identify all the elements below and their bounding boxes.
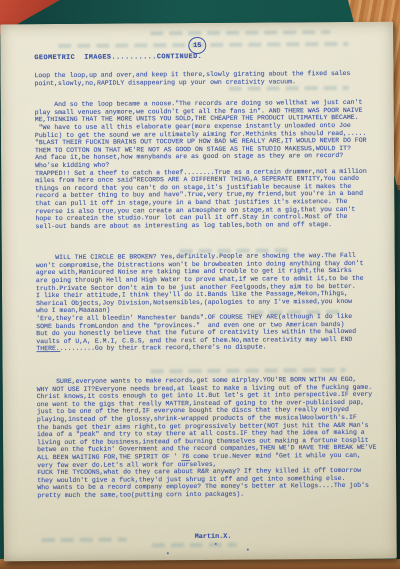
paragraph-sure: SURE,everyone wants to make records,get … — [37, 376, 389, 500]
page-title: GEOMETRIC IMAGES..........CONTINUED. — [34, 52, 385, 62]
bleedthrough-text — [180, 248, 290, 253]
photograph-of-zine-page: 15 GEOMETRIC IMAGES..........CONTINUED. … — [0, 0, 400, 569]
page-number-badge: 15 — [188, 37, 206, 54]
bleedthrough-text — [151, 368, 346, 373]
paragraph-loop: Loop the loop,up and over,and keep it th… — [34, 70, 385, 88]
zine-page: 15 GEOMETRIC IMAGES..........CONTINUED. … — [0, 22, 397, 562]
bleedthrough-text — [229, 86, 349, 91]
page-number: 15 — [193, 41, 201, 49]
bleedthrough-text — [150, 30, 330, 35]
signature: Martin.X. — [195, 531, 389, 540]
ink-speck — [167, 552, 169, 554]
shadow-edge-right — [396, 185, 400, 561]
bleedthrough-text — [42, 538, 127, 543]
ink-speck — [215, 543, 217, 545]
typed-content: 15 GEOMETRIC IMAGES..........CONTINUED. … — [0, 22, 397, 562]
bleedthrough-text — [250, 310, 345, 315]
underline-there — [36, 351, 60, 352]
paragraph-noose: And so the loop became a noose."The reco… — [35, 99, 387, 231]
bleedthrough-text — [152, 543, 237, 548]
underline-76 — [181, 460, 190, 461]
paragraph-circle-broken: WILL THE CIRCLE BE BROKEN? Yes,definitel… — [36, 252, 388, 353]
ink-speck — [247, 549, 249, 551]
